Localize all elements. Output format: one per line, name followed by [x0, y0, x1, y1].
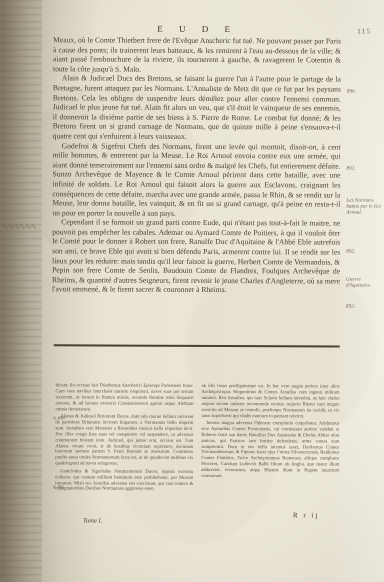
footnote-block: Interea magna adversus Odonem conspirati… [201, 421, 339, 481]
paragraph: Godefroi & Sigefroi Chefs des Normans, f… [52, 141, 340, 219]
paragraph: Cependant il se formoit un grand parti c… [52, 218, 340, 296]
footnote-block: dicunt: ibi occisus fuit Thietbertus Ans… [55, 383, 193, 413]
volume-label: Tome I. [83, 517, 102, 524]
footnote-column-left: dicunt: ibi occisus fuit Thietbertus Ans… [55, 383, 193, 494]
facing-page-ornament: ∿∿∿∿∿∿∿∿ [2, 222, 36, 230]
margin-note-year: 890. [347, 89, 383, 95]
main-text: Meaux, où le Comte Thietbert frere de l'… [52, 35, 341, 295]
footnote-column-right: ab illis fusus profligatusque est. In ha… [201, 384, 339, 495]
footnote-rule [54, 344, 340, 347]
margin-note: Les Normans battus par le Roi Arnoul. [346, 198, 382, 216]
book-page: E U D E 115 Meaux, où le Comte Thietbert… [42, 0, 384, 582]
margin-note: Guerre d'Aquitaine. [346, 277, 382, 289]
page-content: E U D E 115 Meaux, où le Comte Thietbert… [41, 0, 384, 582]
paragraph: Meaux, où le Comte Thietbert frere de l'… [53, 35, 341, 75]
footnote-margin-year: A. 890. [43, 415, 65, 421]
paragraph: Alain & Judicael Ducs des Bretons, se fa… [53, 74, 341, 142]
footnote-block: Godefridus & Sigefridus Normannorum Duce… [55, 469, 193, 493]
margin-note-year: 892. [346, 304, 382, 310]
margin-note-year: 891. [347, 166, 383, 172]
footnote-block: Alanus & Judicael Britonum Duces, dum si… [55, 414, 193, 468]
running-title: E U D E [53, 23, 341, 34]
margin-note-year: 892. [346, 249, 382, 255]
footnote-margin-year: A. 891. [43, 484, 65, 490]
page-number: 115 [331, 27, 371, 36]
gathering-signature: R r ij [293, 511, 319, 519]
book-photo: ∿∿∿∿∿∿∿∿ E U D E 115 Meaux, où le Comte … [0, 0, 384, 582]
footnotes: A. 890. A. 891. dicunt: ibi occisus fuit… [55, 383, 339, 495]
facing-page-edge: ∿∿∿∿∿∿∿∿ [0, 0, 42, 582]
footnote-block: ab illis fusus profligatusque est. In ha… [201, 384, 339, 420]
